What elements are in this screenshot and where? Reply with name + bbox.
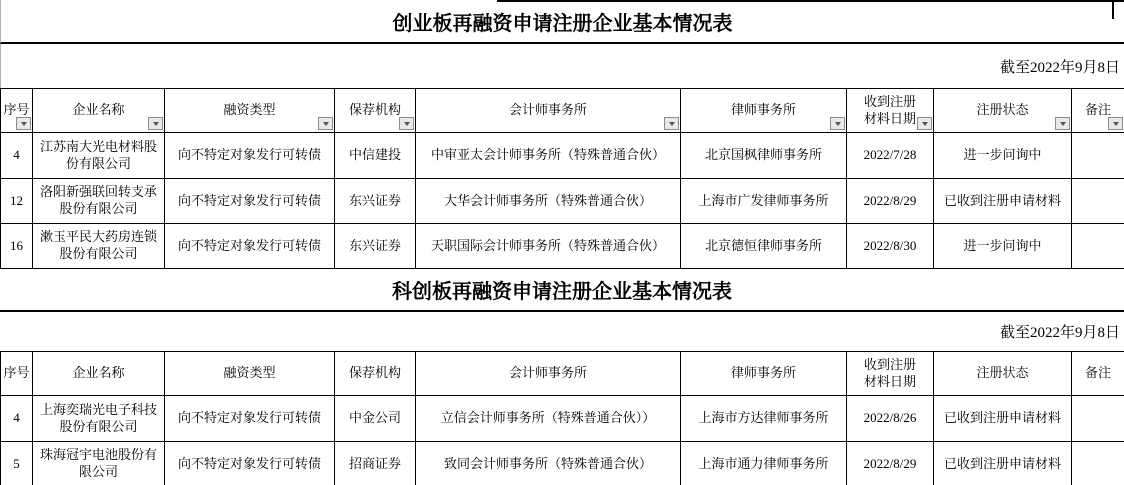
column-header-company: 企业名称 bbox=[33, 352, 165, 396]
column-header-label: 序号 bbox=[3, 365, 29, 380]
column-header-label: 保荐机构 bbox=[349, 102, 401, 117]
cell-company: 漱玉平民大药房连锁股份有限公司 bbox=[33, 224, 165, 269]
filter-arrow-icon bbox=[922, 122, 928, 126]
cell-financing-type: 向不特定对象发行可转债 bbox=[165, 133, 335, 179]
cell-remark bbox=[1072, 179, 1124, 224]
table-row: 16 漱玉平民大药房连锁股份有限公司 向不特定对象发行可转债 东兴证券 天职国际… bbox=[1, 224, 1124, 269]
cell-remark bbox=[1072, 133, 1124, 179]
cell-company: 江苏南大光电材料股份有限公司 bbox=[33, 133, 165, 179]
cell-sponsor: 中金公司 bbox=[335, 396, 416, 442]
filter-arrow-icon bbox=[323, 122, 329, 126]
column-header-label: 企业名称 bbox=[72, 102, 124, 117]
column-header-remark: 备注 bbox=[1072, 352, 1124, 396]
filter-arrow-icon bbox=[1113, 122, 1119, 126]
table2-star-market: 序号 企业名称 融资类型 保荐机构 会计师事务所 律师事务所 收到注册材料日期 … bbox=[0, 351, 1124, 485]
spreadsheet: 创业板再融资申请注册企业基本情况表 截至2022年9月8日 序号 企业名称 融资… bbox=[0, 0, 1124, 485]
filter-arrow-icon bbox=[1060, 122, 1066, 126]
cell-receipt-date: 2022/8/29 bbox=[847, 442, 934, 485]
filter-dropdown-button[interactable] bbox=[917, 117, 932, 130]
filter-dropdown-button[interactable] bbox=[16, 117, 31, 130]
cell-status: 进一步问询中 bbox=[934, 224, 1072, 269]
filter-dropdown-button[interactable] bbox=[664, 117, 679, 130]
column-header-label: 融资类型 bbox=[223, 365, 275, 380]
column-header-label: 序号 bbox=[3, 102, 29, 117]
cell-accounting-firm: 中审亚太会计师事务所（特殊普通合伙） bbox=[416, 133, 681, 179]
column-header-status: 注册状态 bbox=[934, 89, 1072, 133]
cell-financing-type: 向不特定对象发行可转债 bbox=[165, 224, 335, 269]
column-header-label: 注册状态 bbox=[976, 365, 1028, 380]
column-header-company: 企业名称 bbox=[33, 89, 165, 133]
cell-accounting-firm: 立信会计师事务所（特殊普通合伙）） bbox=[416, 396, 681, 442]
filter-arrow-icon bbox=[153, 122, 159, 126]
filter-arrow-icon bbox=[21, 122, 27, 126]
filter-dropdown-button[interactable] bbox=[1108, 117, 1123, 130]
column-header-law-firm: 律师事务所 bbox=[681, 352, 847, 396]
column-header-seq: 序号 bbox=[1, 89, 33, 133]
cell-receipt-date: 2022/8/29 bbox=[847, 179, 934, 224]
cell-remark bbox=[1072, 396, 1124, 442]
column-header-label: 会计师事务所 bbox=[509, 102, 587, 117]
table1-title: 创业板再融资申请注册企业基本情况表 bbox=[0, 0, 1124, 44]
column-header-label: 保荐机构 bbox=[349, 365, 401, 380]
table-row: 5 珠海冠宇电池股份有限公司 向不特定对象发行可转债 招商证券 致同会计师事务所… bbox=[1, 442, 1124, 485]
column-header-financing-type: 融资类型 bbox=[165, 89, 335, 133]
filter-arrow-icon bbox=[404, 122, 410, 126]
cell-accounting-firm: 天职国际会计师事务所（特殊普通合伙） bbox=[416, 224, 681, 269]
column-header-label: 收到注册材料日期 bbox=[860, 357, 920, 391]
cell-sponsor: 东兴证券 bbox=[335, 179, 416, 224]
table-row: 12 洛阳新强联回转支承股份有限公司 向不特定对象发行可转债 东兴证券 大华会计… bbox=[1, 179, 1124, 224]
cell-status: 已收到注册申请材料 bbox=[934, 442, 1072, 485]
cell-company: 上海奕瑞光电子科技股份有限公司 bbox=[33, 396, 165, 442]
column-header-remark: 备注 bbox=[1072, 89, 1124, 133]
cell-seq: 12 bbox=[1, 179, 33, 224]
column-header-receipt-date: 收到注册材料日期 bbox=[847, 352, 934, 396]
cell-law-firm: 北京国枫律师事务所 bbox=[681, 133, 847, 179]
cell-law-firm: 北京德恒律师事务所 bbox=[681, 224, 847, 269]
top-partial-border bbox=[497, 0, 1124, 2]
column-header-sponsor: 保荐机构 bbox=[335, 352, 416, 396]
cell-financing-type: 向不特定对象发行可转债 bbox=[165, 396, 335, 442]
cell-seq: 5 bbox=[1, 442, 33, 485]
cell-sponsor: 中信建投 bbox=[335, 133, 416, 179]
filter-dropdown-button[interactable] bbox=[318, 117, 333, 130]
filter-dropdown-button[interactable] bbox=[148, 117, 163, 130]
column-header-accounting-firm: 会计师事务所 bbox=[416, 352, 681, 396]
cell-company: 洛阳新强联回转支承股份有限公司 bbox=[33, 179, 165, 224]
table2-asof-date: 截至2022年9月8日 bbox=[0, 312, 1124, 351]
column-header-label: 收到注册材料日期 bbox=[860, 94, 920, 128]
cell-seq: 16 bbox=[1, 224, 33, 269]
cell-receipt-date: 2022/8/30 bbox=[847, 224, 934, 269]
column-header-label: 注册状态 bbox=[976, 102, 1028, 117]
column-header-financing-type: 融资类型 bbox=[165, 352, 335, 396]
top-partial-border-stub bbox=[1112, 0, 1114, 19]
table1-asof-date: 截至2022年9月8日 bbox=[0, 44, 1124, 88]
header-row: 序号 企业名称 融资类型 保荐机构 会计师事务所 bbox=[1, 89, 1124, 133]
cell-law-firm: 上海市广发律师事务所 bbox=[681, 179, 847, 224]
cell-accounting-firm: 致同会计师事务所（特殊普通合伙） bbox=[416, 442, 681, 485]
filter-dropdown-button[interactable] bbox=[399, 117, 414, 130]
column-header-sponsor: 保荐机构 bbox=[335, 89, 416, 133]
column-header-status: 注册状态 bbox=[934, 352, 1072, 396]
cell-law-firm: 上海市方达律师事务所 bbox=[681, 396, 847, 442]
column-header-law-firm: 律师事务所 bbox=[681, 89, 847, 133]
column-header-receipt-date: 收到注册材料日期 bbox=[847, 89, 934, 133]
cell-seq: 4 bbox=[1, 133, 33, 179]
cell-company: 珠海冠宇电池股份有限公司 bbox=[33, 442, 165, 485]
column-header-label: 律师事务所 bbox=[731, 102, 796, 117]
cell-financing-type: 向不特定对象发行可转债 bbox=[165, 442, 335, 485]
filter-dropdown-button[interactable] bbox=[830, 117, 845, 130]
column-header-label: 备注 bbox=[1085, 365, 1111, 380]
column-header-label: 融资类型 bbox=[223, 102, 275, 117]
filter-arrow-icon bbox=[835, 122, 841, 126]
cell-accounting-firm: 大华会计师事务所（特殊普通合伙） bbox=[416, 179, 681, 224]
cell-receipt-date: 2022/7/28 bbox=[847, 133, 934, 179]
column-header-label: 律师事务所 bbox=[731, 365, 796, 380]
table-row: 4 上海奕瑞光电子科技股份有限公司 向不特定对象发行可转债 中金公司 立信会计师… bbox=[1, 396, 1124, 442]
cell-receipt-date: 2022/8/26 bbox=[847, 396, 934, 442]
cell-remark bbox=[1072, 224, 1124, 269]
cell-status: 已收到注册申请材料 bbox=[934, 396, 1072, 442]
table2-title: 科创板再融资申请注册企业基本情况表 bbox=[0, 269, 1124, 312]
cell-status: 已收到注册申请材料 bbox=[934, 179, 1072, 224]
column-header-accounting-firm: 会计师事务所 bbox=[416, 89, 681, 133]
cell-remark bbox=[1072, 442, 1124, 485]
cell-sponsor: 东兴证券 bbox=[335, 224, 416, 269]
column-header-label: 备注 bbox=[1085, 102, 1111, 117]
filter-arrow-icon bbox=[669, 122, 675, 126]
table1-chinext: 序号 企业名称 融资类型 保荐机构 会计师事务所 bbox=[0, 88, 1124, 269]
column-header-seq: 序号 bbox=[1, 352, 33, 396]
header-row: 序号 企业名称 融资类型 保荐机构 会计师事务所 律师事务所 收到注册材料日期 … bbox=[1, 352, 1124, 396]
column-header-label: 会计师事务所 bbox=[509, 365, 587, 380]
cell-financing-type: 向不特定对象发行可转债 bbox=[165, 179, 335, 224]
cell-sponsor: 招商证券 bbox=[335, 442, 416, 485]
filter-dropdown-button[interactable] bbox=[1055, 117, 1070, 130]
cell-seq: 4 bbox=[1, 396, 33, 442]
cell-status: 进一步问询中 bbox=[934, 133, 1072, 179]
table-row: 4 江苏南大光电材料股份有限公司 向不特定对象发行可转债 中信建投 中审亚太会计… bbox=[1, 133, 1124, 179]
column-header-label: 企业名称 bbox=[72, 365, 124, 380]
cell-law-firm: 上海市通力律师事务所 bbox=[681, 442, 847, 485]
